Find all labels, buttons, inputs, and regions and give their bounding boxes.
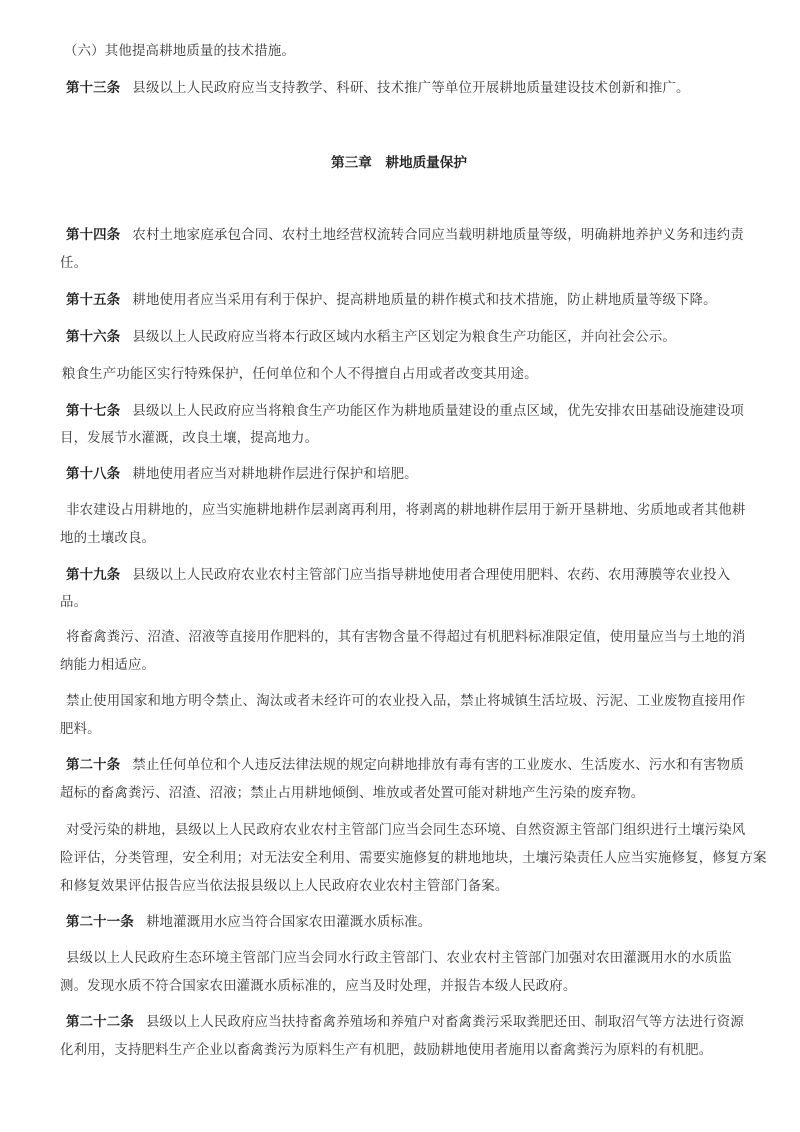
item-six: （六）其他提高耕地质量的技术措施。 — [64, 38, 764, 66]
article-19-continuation: 品。 — [60, 589, 87, 617]
article-22: 第二十二条县级以上人民政府应当扶持畜禽养殖场和养殖户对畜禽粪污采取粪肥还田、制取… — [66, 1009, 766, 1037]
article-14-continuation: 任。 — [60, 250, 87, 278]
paragraph-21b-continuation: 测。发现水质不符合国家农田灌溉水质标准的，应当及时处理，并报告本级人民政府。 — [60, 973, 576, 1001]
article-17-continuation: 目，发展节水灌溉，改良土壤，提高地力。 — [60, 425, 318, 453]
article-18: 第十八条耕地使用者应当对耕地耕作层进行保护和培肥。 — [66, 461, 766, 489]
article-20: 第二十条禁止任何单位和个人违反法律法规的规定向耕地排放有毒有害的工业废水、生活废… — [66, 752, 766, 780]
paragraph-18b-continuation: 地的土壤改良。 — [60, 525, 155, 553]
paragraph-16b: 粮食生产功能区实行特殊保护，任何单位和个人不得擅自占用或者改变其用途。 — [62, 361, 762, 389]
article-label: 第十五条 — [66, 293, 120, 308]
article-21: 第二十一条耕地灌溉用水应当符合国家农田灌溉水质标准。 — [66, 909, 766, 937]
article-text: 县级以上人民政府应当支持教学、科研、技术推广等单位开展耕地质量建设技术创新和推广… — [132, 81, 689, 96]
article-label: 第十三条 — [66, 81, 120, 96]
paragraph-19c-continuation: 肥料。 — [60, 716, 101, 744]
article-text: 县级以上人民政府应当将粮食生产功能区作为耕地质量建设的重点区域，优先安排农田基础… — [132, 404, 744, 419]
article-label: 第十九条 — [66, 568, 120, 583]
paragraph-19b-continuation: 纳能力相适应。 — [60, 652, 155, 680]
article-20-continuation: 超标的畜禽粪污、沼渣、沼液；禁止占用耕地倾倒、堆放或者处置可能对耕地产生污染的废… — [60, 780, 644, 808]
article-label: 第二十一条 — [66, 915, 134, 930]
article-text: 县级以上人民政府应当扶持畜禽养殖场和养殖户对畜禽粪污采取粪肥还田、制取沼气等方法… — [146, 1015, 744, 1030]
chapter-title: 第三章 耕地质量保护 — [66, 149, 732, 177]
article-text: 农村土地家庭承包合同、农村土地经营权流转合同应当载明耕地质量等级，明确耕地养护义… — [132, 228, 744, 243]
article-text: 耕地灌溉用水应当符合国家农田灌溉水质标准。 — [146, 915, 431, 930]
article-label: 第二十条 — [66, 758, 120, 773]
paragraph-20b-line3: 和修复效果评估报告应当依法报县级以上人民政府农业农村主管部门备案。 — [60, 873, 509, 901]
paragraph-20b: 对受污染的耕地，县级以上人民政府农业农村主管部门应当会同生态环境、自然资源主管部… — [66, 817, 766, 845]
article-text: 耕地使用者应当对耕地耕作层进行保护和培肥。 — [132, 467, 417, 482]
article-text: 县级以上人民政府应当将本行政区域内水稻主产区划定为粮食生产功能区，并向社会公示。 — [132, 330, 676, 345]
article-label: 第十八条 — [66, 467, 120, 482]
article-16: 第十六条县级以上人民政府应当将本行政区域内水稻主产区划定为粮食生产功能区，并向社… — [66, 324, 766, 352]
article-19: 第十九条县级以上人民政府农业农村主管部门应当指导耕地使用者合理使用肥料、农药、农… — [66, 562, 766, 590]
paragraph-21b: 县级以上人民政府生态环境主管部门应当会同水行政主管部门、农业农村主管部门加强对农… — [66, 945, 766, 973]
article-label: 第十七条 — [66, 404, 120, 419]
paragraph-19c: 禁止使用国家和地方明令禁止、淘汰或者未经许可的农业投入品，禁止将城镇生活垃圾、污… — [66, 688, 766, 716]
article-text: 耕地使用者应当采用有利于保护、提高耕地质量的耕作模式和技术措施，防止耕地质量等级… — [132, 293, 716, 308]
article-14: 第十四条农村土地家庭承包合同、农村土地经营权流转合同应当载明耕地质量等级，明确耕… — [66, 222, 766, 250]
article-label: 第十四条 — [66, 228, 120, 243]
article-13: 第十三条县级以上人民政府应当支持教学、科研、技术推广等单位开展耕地质量建设技术创… — [66, 75, 766, 103]
article-text: 禁止任何单位和个人违反法律法规的规定向耕地排放有毒有害的工业废水、生活废水、污水… — [132, 758, 744, 773]
article-15: 第十五条耕地使用者应当采用有利于保护、提高耕地质量的耕作模式和技术措施，防止耕地… — [66, 287, 766, 315]
article-22-continuation: 化利用，支持肥料生产企业以畜禽粪污为原料生产有机肥，鼓励耕地使用者施用以畜禽粪污… — [60, 1037, 712, 1065]
article-label: 第二十二条 — [66, 1015, 134, 1030]
article-17: 第十七条县级以上人民政府应当将粮食生产功能区作为耕地质量建设的重点区域，优先安排… — [66, 398, 766, 426]
paragraph-20b-line2: 险评估，分类管理，安全利用；对无法安全利用、需要实施修复的耕地地块，土壤污染责任… — [60, 845, 767, 873]
paragraph-19b: 将畜禽粪污、沼渣、沼液等直接用作肥料的，其有害物含量不得超过有机肥料标准限定值，… — [66, 624, 766, 652]
article-text: 县级以上人民政府农业农村主管部门应当指导耕地使用者合理使用肥料、农药、农用薄膜等… — [132, 568, 730, 583]
article-label: 第十六条 — [66, 330, 120, 345]
paragraph-18b: 非农建设占用耕地的，应当实施耕地耕作层剥离再利用，将剥离的耕地耕作层用于新开垦耕… — [66, 497, 766, 525]
